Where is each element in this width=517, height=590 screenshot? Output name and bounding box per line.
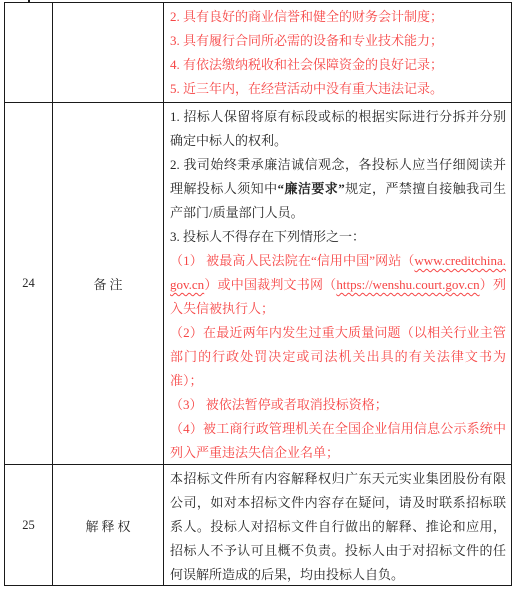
text-segment: 2. 具有良好的商业信誉和健全的财务会计制度； [170,9,443,24]
paragraph: 本招标文件所有内容解释权归广东天元实业集团股份有限公司，如对本招标文件内容存在疑… [170,467,506,585]
row-content-cell: 1. 招标人保留将原有标段或标的根据实际进行分拆并分别确定中标人的权利。2. 我… [163,103,511,464]
row-label-cell: 备注 [52,103,163,464]
row-index-cell: 25 [5,465,52,585]
text-segment: 3. 投标人不得存在下列情形之一： [170,229,365,244]
text-segment: ）或中国裁判文书网（ [204,277,336,292]
text-segment: 4. 有依法缴纳税收和社会保障资金的良好记录； [170,57,443,72]
paragraph: 3. 投标人不得存在下列情形之一： [170,225,506,249]
tender-terms-table: 2. 具有良好的商业信誉和健全的财务会计制度；3. 具有履行合同所必需的设备和专… [4,2,512,586]
table-row-interpretation: 25 解释权 本招标文件所有内容解释权归广东天元实业集团股份有限公司，如对本招标… [5,464,511,585]
table-row-remarks: 24 备注 1. 招标人保留将原有标段或标的根据实际进行分拆并分别确定中标人的权… [5,102,511,464]
row-index-cell [5,3,52,102]
text-segment: 1. 招标人保留将原有标段或标的根据实际进行分拆并分别确定中标人的权利。 [170,109,506,148]
row-label-cell: 解释权 [52,465,163,585]
paragraph: （2）在最近两年内发生过重大质量问题（以相关行业主管部门的行政处罚决定或司法机关… [170,321,506,393]
paragraph: 1. 招标人保留将原有标段或标的根据实际进行分拆并分别确定中标人的权利。 [170,105,506,153]
table-row-continuation: 2. 具有良好的商业信誉和健全的财务会计制度；3. 具有履行合同所必需的设备和专… [5,3,511,102]
row-content-cell: 本招标文件所有内容解释权归广东天元实业集团股份有限公司，如对本招标文件内容存在疑… [163,465,511,585]
paragraph: 4. 有依法缴纳税收和社会保障资金的良好记录； [170,53,506,77]
text-segment: 本招标文件所有内容解释权归广东天元实业集团股份有限公司，如对本招标文件内容存在疑… [170,471,506,582]
integrity-requirement-bold: “廉洁要求” [278,181,345,196]
paragraph: 3. 具有履行合同所必需的设备和专业技术能力； [170,29,506,53]
paragraph: 2. 具有良好的商业信誉和健全的财务会计制度； [170,5,506,29]
text-segment: （2）在最近两年内发生过重大质量问题（以相关行业主管部门的行政处罚决定或司法机关… [170,325,506,388]
text-segment: 5. 近三年内，在经营活动中没有重大违法记录。 [170,81,443,96]
tender-document-page: 2. 具有良好的商业信誉和健全的财务会计制度；3. 具有履行合同所必需的设备和专… [0,0,517,590]
paragraph: （1） 被最高人民法院在“信用中国”网站（www.creditchina.gov… [170,249,506,321]
row-content-cell: 2. 具有良好的商业信誉和健全的财务会计制度；3. 具有履行合同所必需的设备和专… [163,3,511,102]
text-segment: （1） 被最高人民法院在“信用中国”网站（ [170,253,414,268]
paragraph: 2. 我司始终秉承廉洁诚信观念，各投标人应当仔细阅读并理解投标人须知中“廉洁要求… [170,153,506,225]
row-label-cell [52,3,163,102]
paragraph: 5. 近三年内，在经营活动中没有重大违法记录。 [170,77,506,101]
text-segment: 3. 具有履行合同所必需的设备和专业技术能力； [170,33,443,48]
row-index-cell: 24 [5,103,52,464]
text-segment: （4）被工商行政管理机关在全国企业信用信息公示系统中列入严重违法失信企业名单； [170,421,506,460]
paragraph: （4）被工商行政管理机关在全国企业信用信息公示系统中列入严重违法失信企业名单； [170,417,506,464]
paragraph: （3） 被依法暂停或者取消投标资格； [170,393,506,417]
wenshu-court-url: https://wenshu.court.gov.cn [336,277,479,292]
text-segment: （3） 被依法暂停或者取消投标资格； [170,397,388,412]
